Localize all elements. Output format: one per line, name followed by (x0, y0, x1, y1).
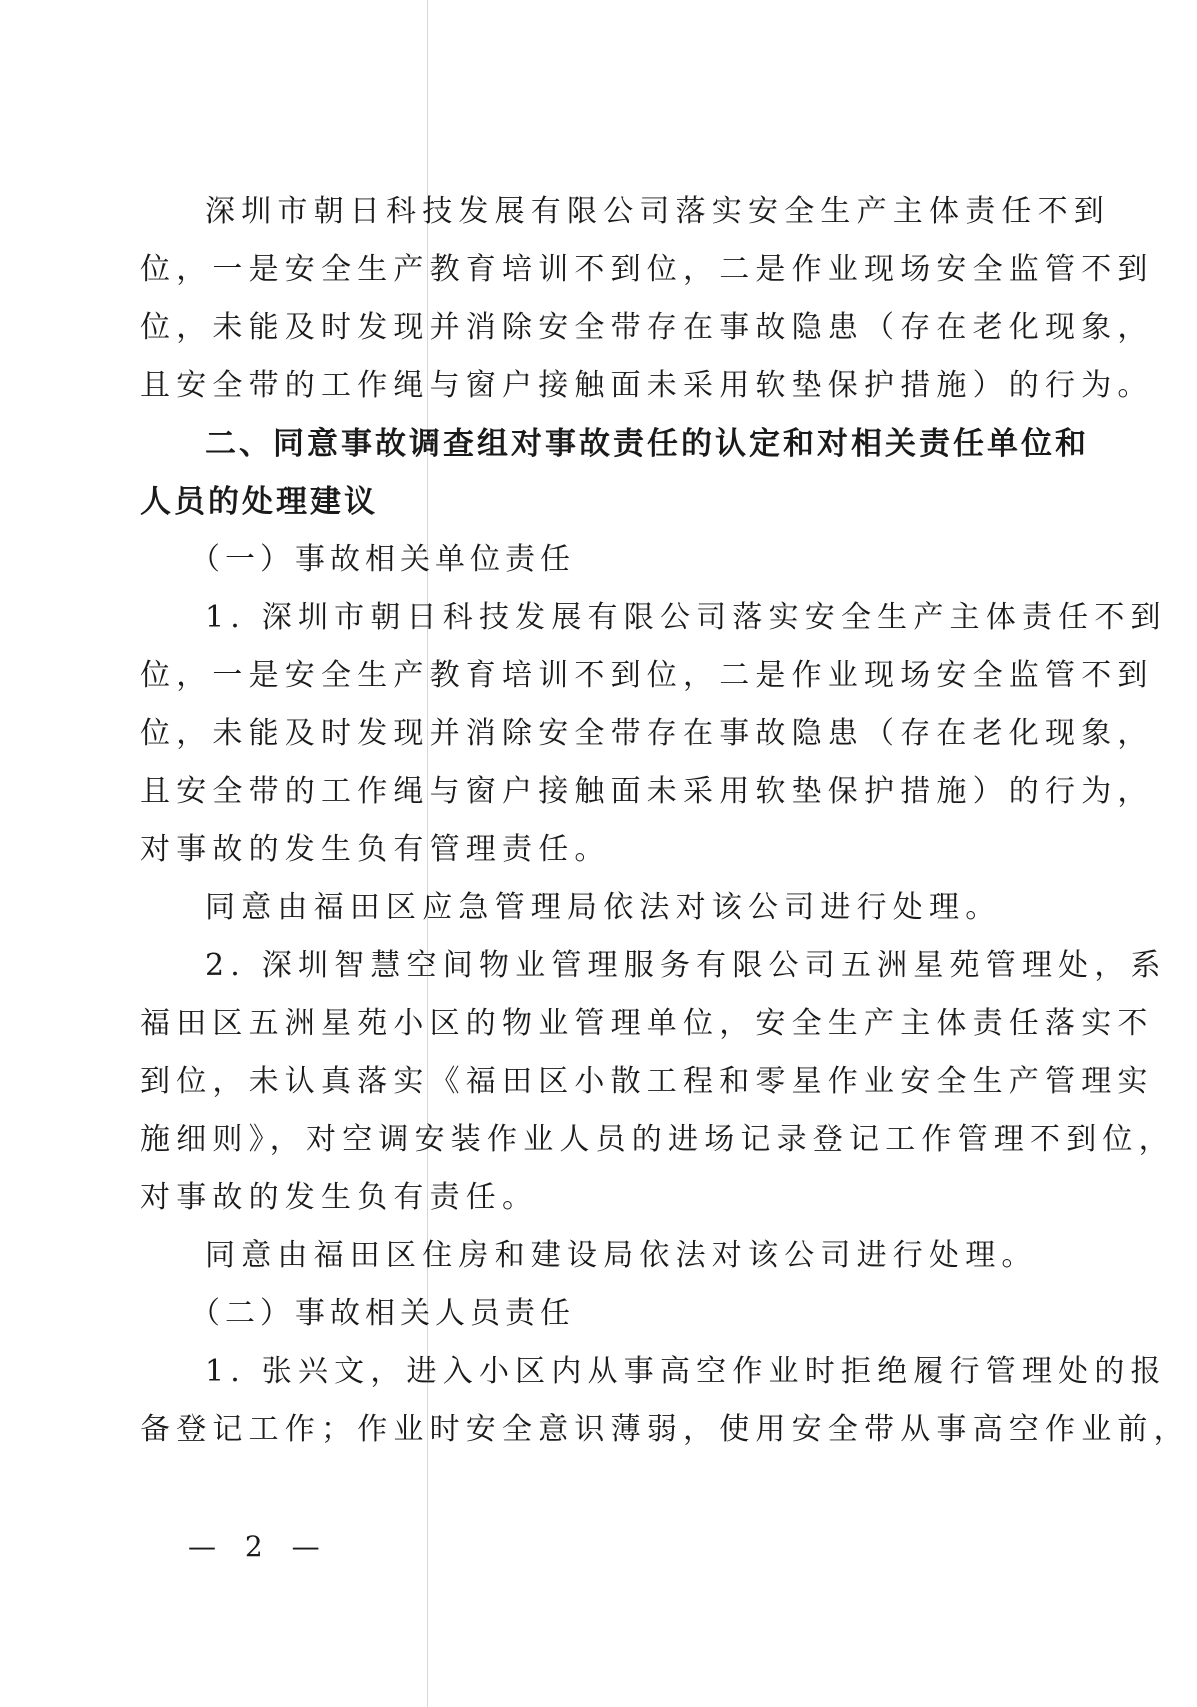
paragraph-line: 1. 深圳市朝日科技发展有限公司落实安全生产主体责任不到 (205, 598, 1125, 638)
paragraph-line: 位，未能及时发现并消除安全带存在事故隐患（存在老化现象， (140, 308, 1060, 348)
page-number: — 2 — (188, 1530, 330, 1563)
paragraph-line: 1. 张兴文，进入小区内从事高空作业时拒绝履行管理处的报 (205, 1352, 1125, 1392)
subsection-heading: （二）事故相关人员责任 (190, 1294, 1110, 1334)
paragraph-line: 到位，未认真落实《福田区小散工程和零星作业安全生产管理实 (140, 1062, 1060, 1102)
section-heading: 二、同意事故调查组对事故责任的认定和对相关责任单位和 (205, 424, 1125, 464)
paragraph-line: 对事故的发生负有管理责任。 (140, 830, 1060, 870)
paragraph-line: 且安全带的工作绳与窗户接触面未采用软垫保护措施）的行为， (140, 772, 1060, 812)
paragraph-line: 福田区五洲星苑小区的物业管理单位，安全生产主体责任落实不 (140, 1004, 1060, 1044)
paragraph-line: 深圳市朝日科技发展有限公司落实安全生产主体责任不到 (205, 192, 1125, 232)
paragraph-line: 且安全带的工作绳与窗户接触面未采用软垫保护措施）的行为。 (140, 366, 1060, 406)
paragraph-line: 位，一是安全生产教育培训不到位，二是作业现场安全监管不到 (140, 656, 1060, 696)
paragraph-line: 施细则》，对空调安装作业人员的进场记录登记工作管理不到位， (140, 1120, 1060, 1160)
section-heading: 人员的处理建议 (140, 482, 1060, 522)
decision-line: 同意由福田区住房和建设局依法对该公司进行处理。 (205, 1236, 1125, 1276)
paragraph-line: 位，一是安全生产教育培训不到位，二是作业现场安全监管不到 (140, 250, 1060, 290)
subsection-heading: （一）事故相关单位责任 (190, 540, 1110, 580)
paragraph-line: 2. 深圳智慧空间物业管理服务有限公司五洲星苑管理处，系 (205, 946, 1125, 986)
paragraph-line: 对事故的发生负有责任。 (140, 1178, 1060, 1218)
paragraph-line: 备登记工作；作业时安全意识薄弱，使用安全带从事高空作业前， (140, 1410, 1060, 1450)
paragraph-line: 位，未能及时发现并消除安全带存在事故隐患（存在老化现象， (140, 714, 1060, 754)
decision-line: 同意由福田区应急管理局依法对该公司进行处理。 (205, 888, 1125, 928)
